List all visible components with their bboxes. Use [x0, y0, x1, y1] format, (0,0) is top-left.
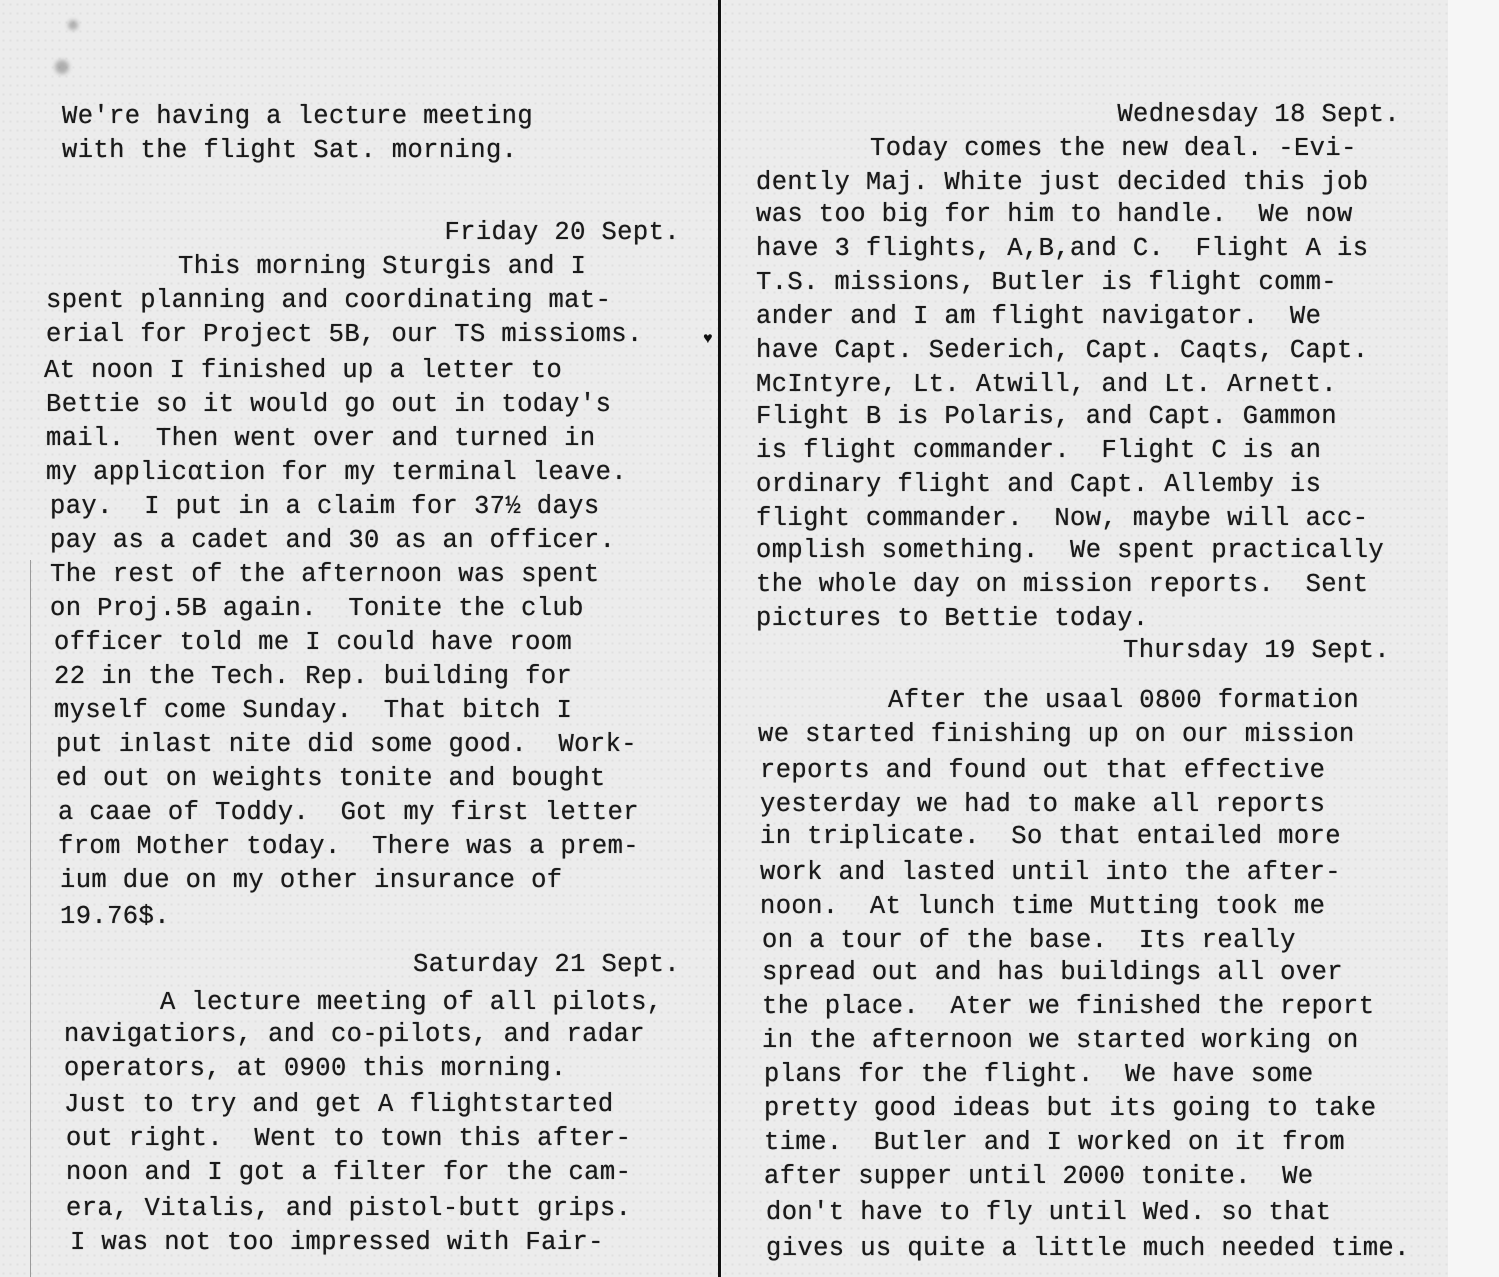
text-line: from Mother today. There was a prem-: [58, 832, 639, 862]
text-line: ed out on weights tonite and bought: [56, 764, 606, 794]
text-line: the place. Ater we finished the report: [762, 992, 1374, 1022]
text-line: pictures to Bettie today.: [756, 604, 1149, 634]
text-line: have Capt. Sederich, Capt. Caqts, Capt.: [756, 336, 1368, 366]
text-line: After the usaal 0800 formation: [888, 686, 1359, 716]
text-line: work and lasted until into the after-: [760, 858, 1341, 888]
text-line: operators, at 0900 this morning.: [64, 1054, 566, 1084]
text-line: was too big for him to handle. We now: [756, 200, 1353, 230]
text-line: 19.76$.: [60, 902, 170, 932]
scan-margin: [1448, 0, 1499, 1277]
heart-mark-icon: ♥: [703, 330, 713, 348]
text-line: dently Maj. White just decided this job: [756, 168, 1368, 198]
text-line: erial for Project 5B, our TS missioms.: [46, 320, 643, 350]
text-line: a caae of Toddy. Got my first letter: [58, 798, 639, 828]
text-line: yesterday we had to make all reports: [760, 790, 1325, 820]
text-line: ium due on my other insurance of: [60, 866, 562, 896]
text-line: spent planning and coordinating mat-: [46, 286, 611, 316]
entry-date-heading: Friday 20 Sept.: [444, 218, 680, 248]
text-line: out right. Went to town this after-: [66, 1124, 631, 1154]
entry-date-heading: Wednesday 18 Sept.: [1117, 100, 1400, 130]
text-line: The rest of the afternoon was spent: [50, 560, 600, 590]
text-line: omplish something. We spent practically: [756, 536, 1384, 566]
text-line: Just to try and get A flightstarted: [64, 1090, 614, 1120]
text-line: I was not too impressed with Fair-: [70, 1228, 604, 1258]
text-line: plans for the flight. We have some: [764, 1060, 1314, 1090]
text-line: spread out and has buildings all over: [762, 958, 1343, 988]
text-line: era, Vitalis, and pistol-butt grips.: [66, 1194, 631, 1224]
text-line: we started finishing up on our mission: [758, 720, 1355, 750]
text-line: A lecture meeting of all pilots,: [160, 988, 662, 1018]
text-line: Today comes the new deal. -Evi-: [870, 134, 1357, 164]
text-line: 22 in the Tech. Rep. building for: [54, 662, 572, 692]
text-line: after supper until 2000 tonite. We: [764, 1162, 1314, 1192]
text-line: have 3 flights, A,B,and C. Flight A is: [756, 234, 1368, 264]
text-line: noon and I got a filter for the cam-: [66, 1158, 631, 1188]
text-line: navigatiors, and co-pilots, and radar: [64, 1020, 645, 1050]
text-line: on a tour of the base. Its really: [762, 926, 1296, 956]
text-line: in triplicate. So that entailed more: [760, 822, 1341, 852]
text-line: the whole day on mission reports. Sent: [756, 570, 1368, 600]
text-line: pay as a cadet and 30 as an officer.: [50, 526, 615, 556]
text-line: don't have to fly until Wed. so that: [766, 1198, 1331, 1228]
page-divider: [718, 0, 721, 1277]
text-line: flight commander. Now, maybe will acc-: [756, 504, 1368, 534]
text-line: my applicαtion for my terminal leave.: [46, 458, 627, 488]
text-line: T.S. missions, Butler is flight comm-: [756, 268, 1337, 298]
ink-smudge: [68, 20, 78, 30]
entry-date-heading: Thursday 19 Sept.: [1123, 636, 1390, 666]
text-line: myself come Sunday. That bitch I: [54, 696, 572, 726]
text-line: mail. Then went over and turned in: [46, 424, 596, 454]
text-line: pay. I put in a claim for 37½ days: [50, 492, 600, 522]
text-line: in the afternoon we started working on: [762, 1026, 1359, 1056]
entry-date-heading: Saturday 21 Sept.: [413, 950, 680, 980]
ink-smudge: [55, 60, 69, 74]
text-line: pretty good ideas but its going to take: [764, 1094, 1376, 1124]
text-line: At noon I finished up a letter to: [44, 356, 562, 386]
text-line: time. Butler and I worked on it from: [764, 1128, 1345, 1158]
text-line: put inlast nite did some good. Work-: [56, 730, 637, 760]
text-line: ander and I am flight navigator. We: [756, 302, 1321, 332]
text-line: noon. At lunch time Mutting took me: [760, 892, 1325, 922]
text-line: This morning Sturgis and I: [178, 252, 586, 282]
text-line: on Proj.5B again. Tonite the club: [50, 594, 584, 624]
text-line: ordinary flight and Capt. Allemby is: [756, 470, 1321, 500]
text-line: with the flight Sat. morning.: [62, 136, 517, 166]
text-line: gives us quite a little much needed time…: [766, 1234, 1410, 1264]
text-line: Flight B is Polaris, and Capt. Gammon: [756, 402, 1337, 432]
text-line: Bettie so it would go out in today's: [46, 390, 611, 420]
text-line: McIntyre, Lt. Atwill, and Lt. Arnett.: [756, 370, 1337, 400]
text-line: officer told me I could have room: [54, 628, 572, 658]
text-line: We're having a lecture meeting: [62, 102, 533, 132]
text-line: is flight commander. Flight C is an: [756, 436, 1321, 466]
text-line: reports and found out that effective: [760, 756, 1325, 786]
page-edge-line: [30, 560, 31, 1277]
